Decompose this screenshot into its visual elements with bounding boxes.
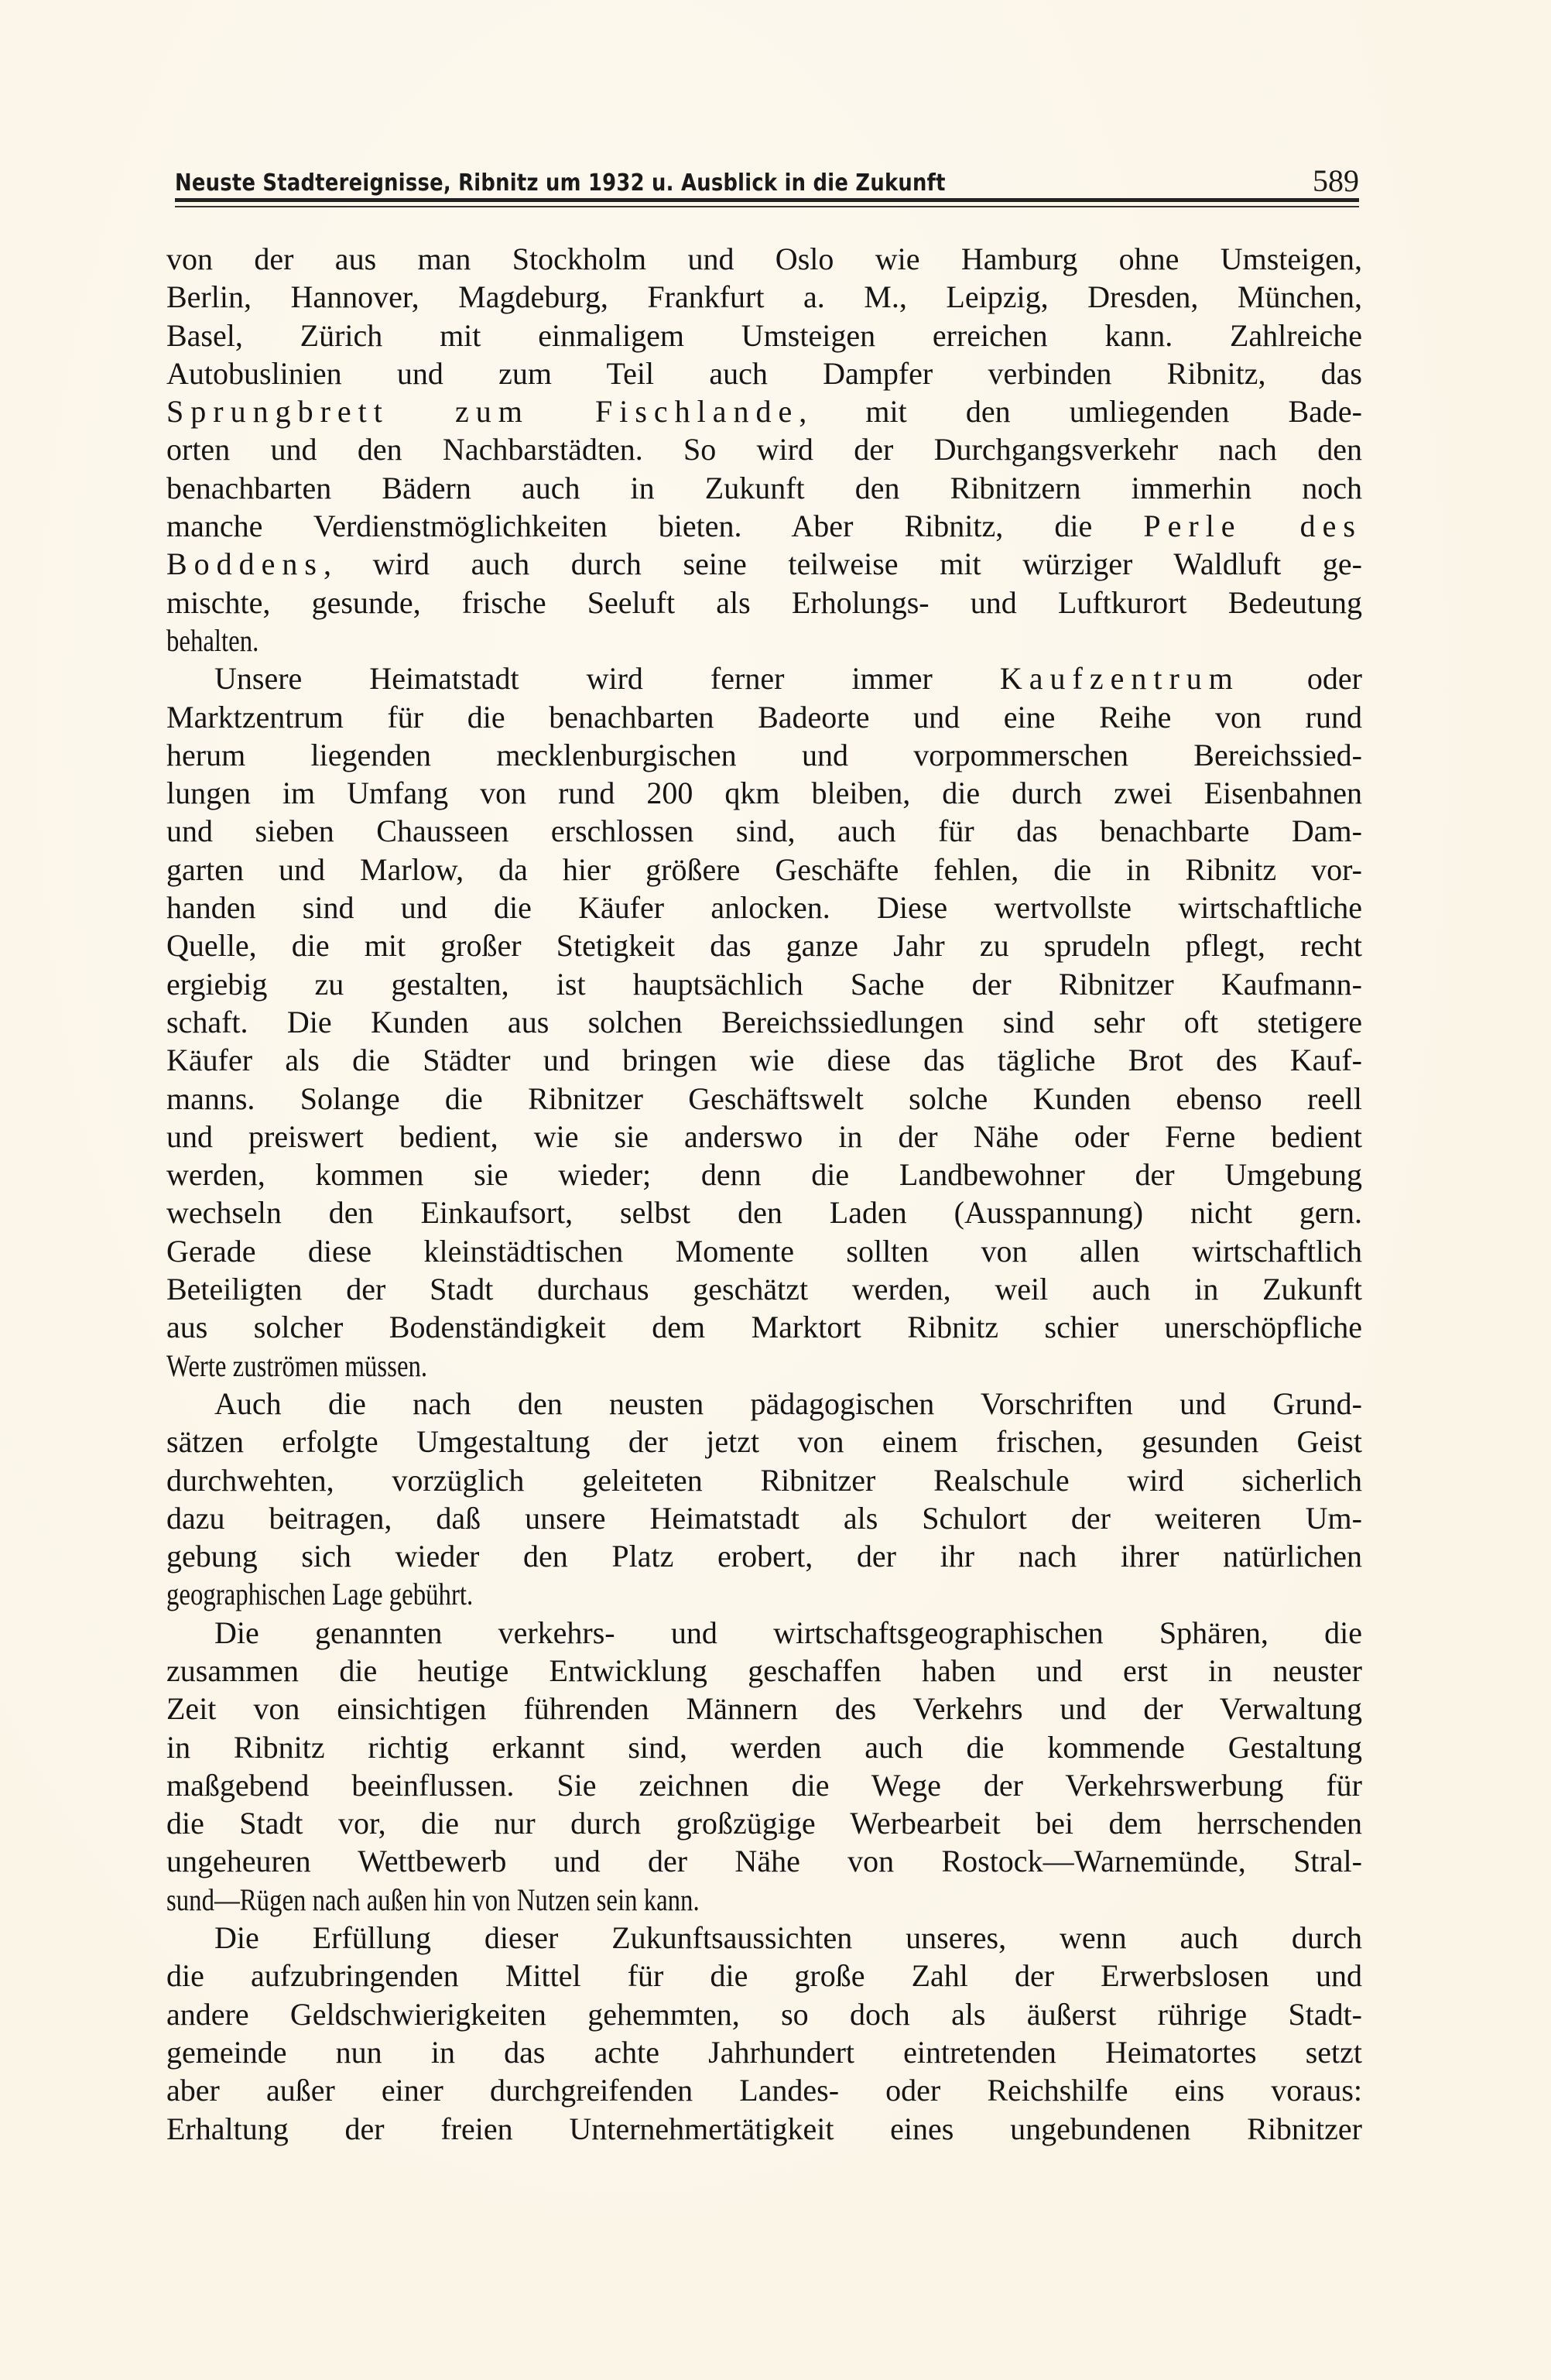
- text-line: benachbarten Bädern auch in Zukunft den …: [166, 469, 1362, 507]
- text-line: zusammen die heutige Entwicklung geschaf…: [166, 1652, 1362, 1690]
- text-line: durchwehten, vorzüglich geleiteten Ribni…: [166, 1461, 1362, 1499]
- text-line: Werte zuströmen müssen.: [166, 1347, 1362, 1385]
- header-rule-thick: [175, 198, 1359, 202]
- spaced-emphasis: Kaufzentrum: [1000, 661, 1240, 696]
- spaced-emphasis: Perle des: [1143, 509, 1362, 543]
- line-prefix: manche Verdienstmöglichkeiten bieten. Ab…: [166, 509, 1143, 543]
- line-rest: , mit den umliegenden Bade-: [799, 394, 1362, 429]
- text-line: Die Erfüllung dieser Zukunftsaussichten …: [166, 1919, 1362, 1957]
- text-line: Basel, Zürich mit einmaligem Umsteigen e…: [166, 317, 1362, 354]
- header-rule-thin: [175, 206, 1359, 207]
- text-line: werden, kommen sie wieder; denn die Land…: [166, 1156, 1362, 1193]
- text-line: ergiebig zu gestalten, ist hauptsächlich…: [166, 965, 1362, 1003]
- text-line: die Stadt vor, die nur durch großzügige …: [166, 1804, 1362, 1842]
- text-line: Gerade diese kleinstädtischen Momente so…: [166, 1232, 1362, 1270]
- text-line: Boddens, wird auch durch seine teilweise…: [166, 545, 1362, 583]
- text-line: Berlin, Hannover, Magdeburg, Frankfurt a…: [166, 278, 1362, 316]
- line-rest: , wird auch durch seine teilweise mit wü…: [324, 546, 1362, 581]
- text-line: Erhaltung der freien Unternehmertätigkei…: [166, 2110, 1362, 2148]
- text-line: und preiswert bedient, wie sie anderswo …: [166, 1118, 1362, 1156]
- page-number: 589: [1313, 166, 1359, 197]
- text-line: von der aus man Stockholm und Oslo wie H…: [166, 240, 1362, 278]
- text-line: ungeheuren Wettbewerb und der Nähe von R…: [166, 1842, 1362, 1880]
- text-line: Die genannten verkehrs- und wirtschaftsg…: [166, 1614, 1362, 1652]
- text-line: aus solcher Bodenständigkeit dem Marktor…: [166, 1308, 1362, 1346]
- text-line: aber außer einer durchgreifenden Landes-…: [166, 2071, 1362, 2109]
- text-line: andere Geldschwierigkeiten gehemmten, so…: [166, 1995, 1362, 2033]
- text-line: wechseln den Einkaufsort, selbst den Lad…: [166, 1193, 1362, 1231]
- body-text: von der aus man Stockholm und Oslo wie H…: [166, 240, 1362, 2148]
- book-page: Neuste Stadtereignisse, Ribnitz um 1932 …: [0, 0, 1551, 2380]
- text-line: mischte, gesunde, frische Seeluft als Er…: [166, 584, 1362, 622]
- text-line: gemeinde nun in das achte Jahrhundert ei…: [166, 2033, 1362, 2071]
- text-line: behalten.: [166, 622, 1362, 659]
- line-prefix: Unsere Heimatstadt wird ferner immer: [214, 661, 1000, 696]
- text-line: sund—Rügen nach außen hin von Nutzen sei…: [166, 1881, 1362, 1919]
- text-line: Auch die nach den neusten pädagogischen …: [166, 1385, 1362, 1423]
- text-line: Unsere Heimatstadt wird ferner immer Kau…: [166, 659, 1362, 697]
- text-line: dazu beitragen, daß unsere Heimatstadt a…: [166, 1499, 1362, 1537]
- text-line: Sprungbrett zum Fischlande, mit den umli…: [166, 392, 1362, 430]
- text-line: manche Verdienstmöglichkeiten bieten. Ab…: [166, 507, 1362, 545]
- text-line: Autobuslinien und zum Teil auch Dampfer …: [166, 354, 1362, 392]
- text-line: gebung sich wieder den Platz erobert, de…: [166, 1537, 1362, 1575]
- text-line: garten und Marlow, da hier größere Gesch…: [166, 851, 1362, 889]
- spaced-emphasis: Boddens: [166, 546, 324, 581]
- text-line: handen sind und die Käufer anlocken. Die…: [166, 889, 1362, 926]
- running-header: Neuste Stadtereignisse, Ribnitz um 1932 …: [175, 155, 1359, 197]
- text-line: in Ribnitz richtig erkannt sind, werden …: [166, 1728, 1362, 1766]
- text-line: maßgebend beeinflussen. Sie zeichnen die…: [166, 1766, 1362, 1804]
- text-line: schaft. Die Kunden aus solchen Bereichss…: [166, 1003, 1362, 1041]
- text-line: und sieben Chausseen erschlossen sind, a…: [166, 812, 1362, 850]
- text-line: sätzen erfolgte Umgestaltung der jetzt v…: [166, 1423, 1362, 1461]
- text-line: die aufzubringenden Mittel für die große…: [166, 1957, 1362, 1995]
- text-line: orten und den Nachbarstädten. So wird de…: [166, 430, 1362, 468]
- text-line: Zeit von einsichtigen führenden Männern …: [166, 1690, 1362, 1728]
- text-line: herum liegenden mecklenburgischen und vo…: [166, 736, 1362, 774]
- text-line: lungen im Umfang von rund 200 qkm bleibe…: [166, 774, 1362, 812]
- text-line: Käufer als die Städter und bringen wie d…: [166, 1041, 1362, 1079]
- text-line: manns. Solange die Ribnitzer Geschäftswe…: [166, 1080, 1362, 1118]
- text-line: geographischen Lage gebührt.: [166, 1575, 1362, 1613]
- text-line: Marktzentrum für die benachbarten Badeor…: [166, 698, 1362, 736]
- spaced-emphasis: Sprungbrett zum Fischlande: [166, 394, 799, 429]
- line-rest: oder: [1240, 661, 1362, 696]
- text-line: Beteiligten der Stadt durchaus geschätzt…: [166, 1270, 1362, 1308]
- running-title: Neuste Stadtereignisse, Ribnitz um 1932 …: [175, 170, 946, 197]
- text-line: Quelle, die mit großer Stetigkeit das ga…: [166, 926, 1362, 964]
